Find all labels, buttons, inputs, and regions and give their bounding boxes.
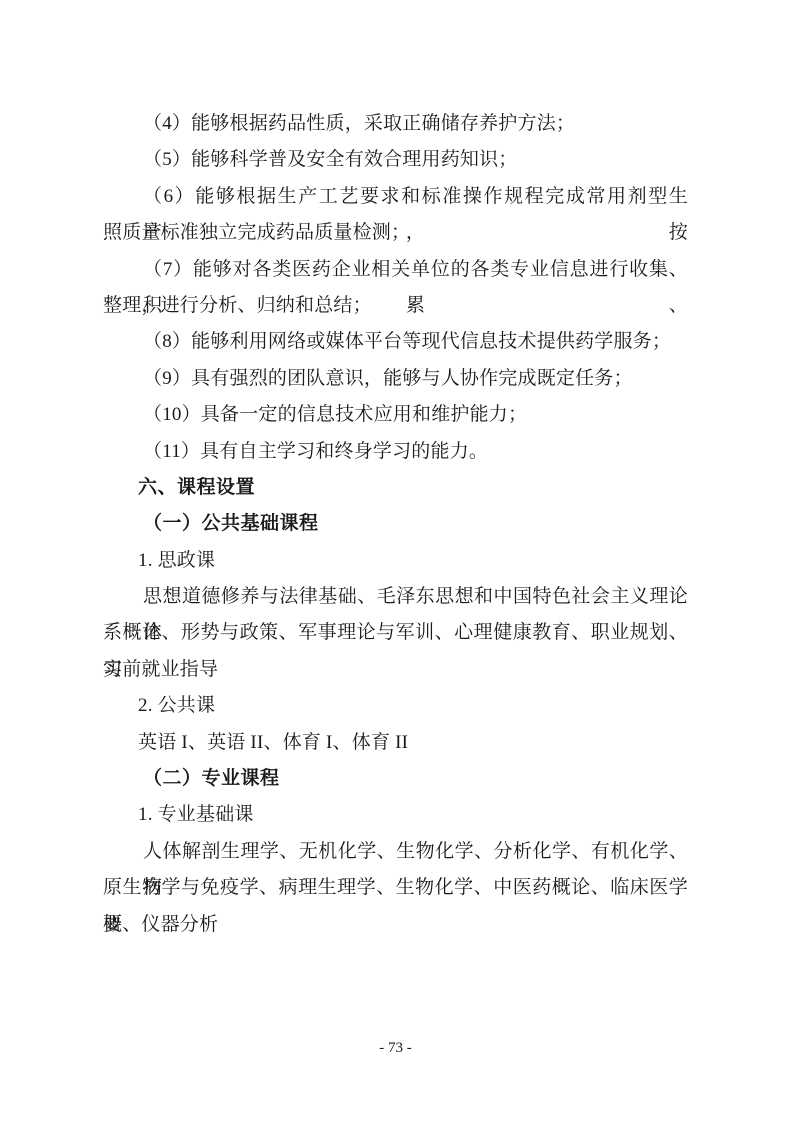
ability-item-4: （4）能够根据药品性质，采取正确储存养护方法； — [103, 106, 688, 142]
list-item-ideology-course: 1. 思政课 — [103, 543, 688, 579]
ability-item-10: （10）具备一定的信息技术应用和维护能力； — [103, 397, 688, 433]
document-body: （4）能够根据药品性质，采取正确储存养护方法； （5）能够科学普及安全有效合理用… — [103, 106, 688, 943]
list-item-public-course: 2. 公共课 — [103, 688, 688, 724]
document-page: （4）能够根据药品性质，采取正确储存养护方法； （5）能够科学普及安全有效合理用… — [0, 0, 793, 1122]
course-list-major-basic: 人体解剖生理学、无机化学、生物化学、分析化学、有机化学、病 — [103, 834, 688, 870]
page-number: - 73 - — [103, 1038, 688, 1058]
heading-major-courses: （二）专业课程 — [103, 761, 688, 797]
course-list-major-basic-cont-2: 要、仪器分析 — [103, 907, 688, 943]
ability-item-6: （6）能够根据生产工艺要求和标准操作规程完成常用剂型生产，按 — [103, 179, 688, 215]
course-list-ideology-cont-1: 系概论、形势与政策、军事理论与军训、心理健康教育、职业规划、实 — [103, 615, 688, 651]
course-list-major-basic-cont-1: 原生物学与免疫学、病理生理学、生物化学、中医药概论、临床医学概 — [103, 870, 688, 906]
heading-public-basic-courses: （一）公共基础课程 — [103, 506, 688, 542]
ability-item-7: （7）能够对各类医药企业相关单位的各类专业信息进行收集、积累、 — [103, 252, 688, 288]
ability-item-9: （9）具有强烈的团队意识，能够与人协作完成既定任务； — [103, 361, 688, 397]
heading-curriculum-setup: 六、课程设置 — [103, 470, 688, 506]
ability-item-5: （5）能够科学普及安全有效合理用药知识； — [103, 142, 688, 178]
course-list-ideology-cont-2: 习前就业指导 — [103, 652, 688, 688]
course-list-public: 英语 I、英语 II、体育 I、体育 II — [103, 725, 688, 761]
ability-item-11: （11）具有自主学习和终身学习的能力。 — [103, 434, 688, 470]
ability-item-8: （8）能够利用网络或媒体平台等现代信息技术提供药学服务； — [103, 324, 688, 360]
list-item-major-basic-course: 1. 专业基础课 — [103, 797, 688, 833]
course-list-ideology: 思想道德修养与法律基础、毛泽东思想和中国特色社会主义理论体 — [103, 579, 688, 615]
